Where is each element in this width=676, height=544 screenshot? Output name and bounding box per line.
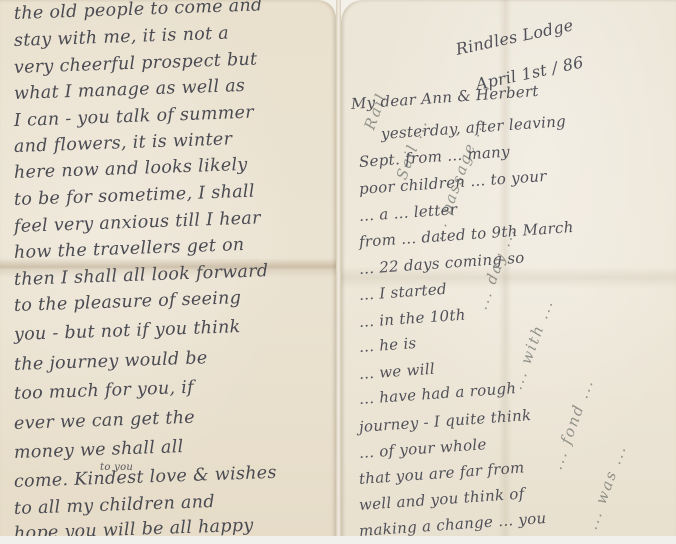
left-line-12: to the pleasure of seeing bbox=[14, 288, 242, 316]
left-line-17: money we shall all bbox=[14, 437, 184, 463]
cross-line-5: ... with ... bbox=[508, 296, 558, 392]
left-line-18: come. Kindest love & wishes bbox=[14, 463, 277, 492]
left-line-13: you - but not if you think bbox=[14, 317, 241, 345]
left-line-15: too much for you, if bbox=[14, 378, 195, 404]
scan-background-edge bbox=[0, 536, 676, 544]
left-line-5: I can - you talk of summer bbox=[14, 103, 255, 131]
left-line-3: very cheerful prospect but bbox=[14, 50, 258, 78]
cross-line-7: ... was ... bbox=[583, 442, 631, 532]
left-line-16: ever we can get the bbox=[14, 408, 196, 434]
letter-page-right: Rail Sail ... ... passage ... ... day ..… bbox=[341, 0, 676, 544]
left-line-4: what I manage as well as bbox=[14, 76, 246, 104]
left-line-7: here now and looks likely bbox=[14, 155, 248, 183]
left-line-6: and flowers, it is winter bbox=[14, 129, 233, 157]
cross-line-6: ... fond ... bbox=[548, 376, 598, 472]
left-line-1: the old people to come and bbox=[14, 0, 263, 24]
left-line-2: stay with me, it is not a bbox=[14, 23, 230, 50]
left-line-8: to be for sometime, I shall bbox=[14, 182, 255, 210]
letter-page-left: the old people to come and stay with me,… bbox=[0, 0, 336, 544]
left-line-9: feel very anxious till I hear bbox=[14, 208, 261, 237]
left-line-14: the journey would be bbox=[14, 348, 208, 375]
left-line-19: to all my children and bbox=[14, 492, 215, 519]
